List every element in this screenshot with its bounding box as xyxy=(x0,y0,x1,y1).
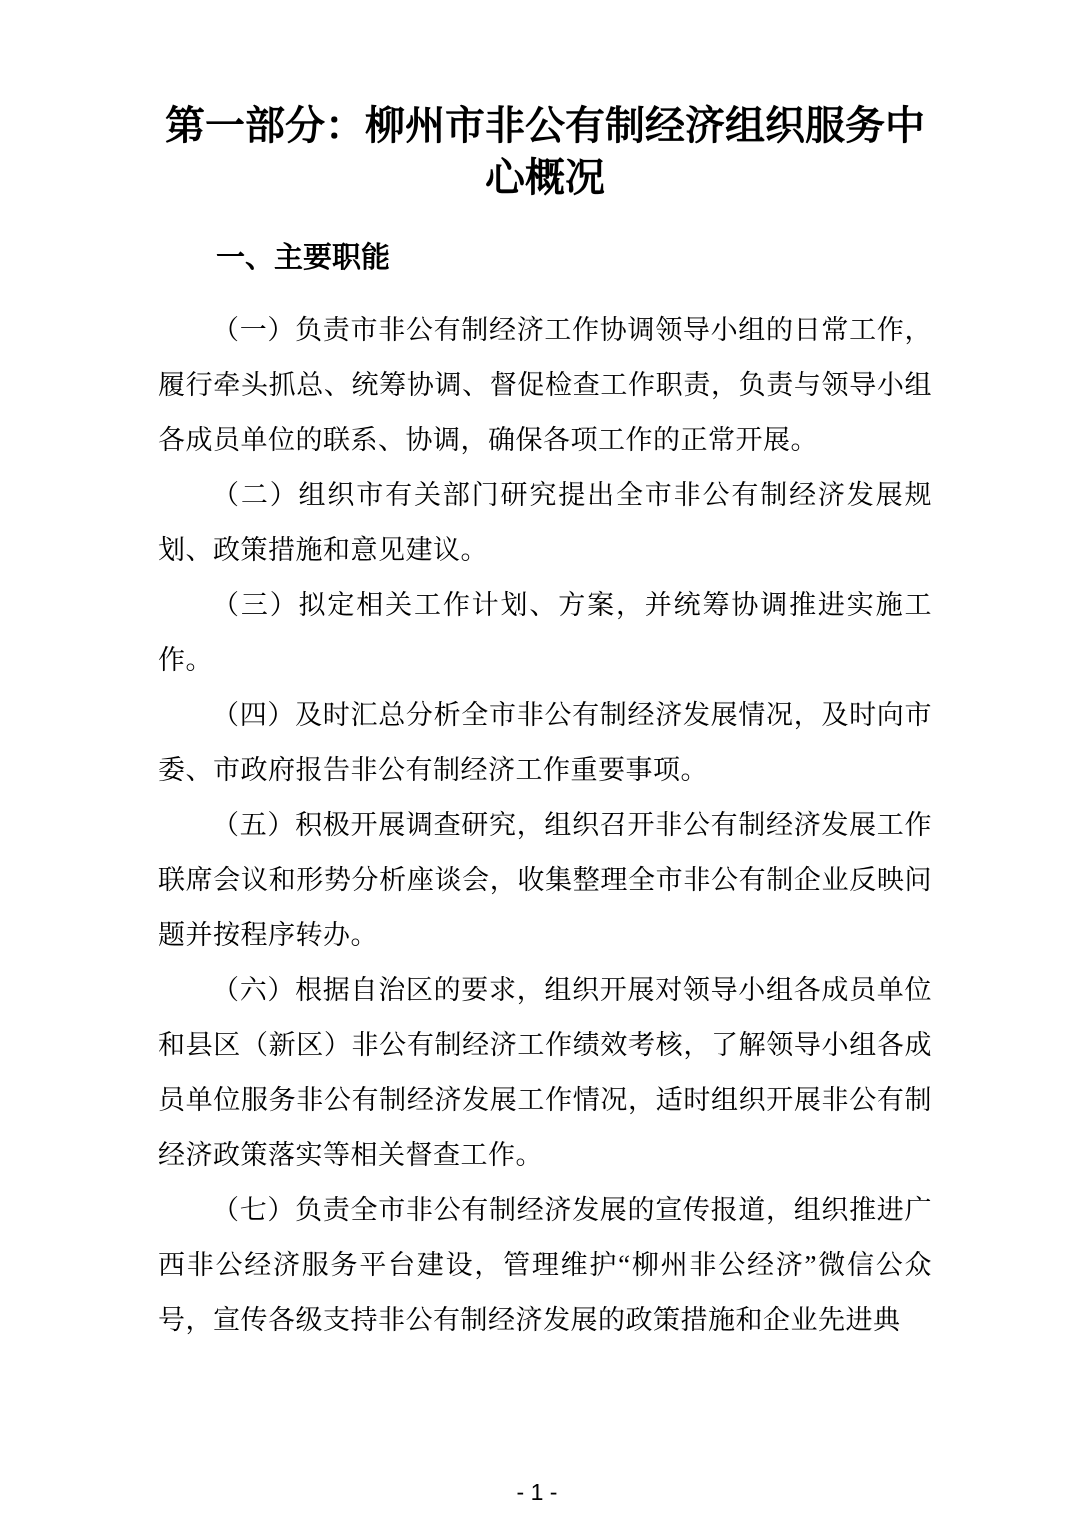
paragraph-7: （七）负责全市非公有制经济发展的宣传报道，组织推进广西非公经济服务平台建设，管理… xyxy=(158,1183,932,1348)
document-body: （一）负责市非公有制经济工作协调领导小组的日常工作，履行牵头抓总、统筹协调、督促… xyxy=(158,303,932,1348)
paragraph-6: （六）根据自治区的要求，组织开展对领导小组各成员单位和县区（新区）非公有制经济工… xyxy=(158,963,932,1183)
paragraph-1: （一）负责市非公有制经济工作协调领导小组的日常工作，履行牵头抓总、统筹协调、督促… xyxy=(158,303,932,468)
paragraph-5: （五）积极开展调查研究，组织召开非公有制经济发展工作联席会议和形势分析座谈会，收… xyxy=(158,798,932,963)
paragraph-3: （三）拟定相关工作计划、方案，并统筹协调推进实施工作。 xyxy=(158,578,932,688)
page-number: - 1 - xyxy=(0,1478,1074,1506)
paragraph-2: （二）组织市有关部门研究提出全市非公有制经济发展规划、政策措施和意见建议。 xyxy=(158,468,932,578)
document-title: 第一部分：柳州市非公有制经济组织服务中心概况 xyxy=(158,0,932,204)
document-content: 第一部分：柳州市非公有制经济组织服务中心概况 一、主要职能 （一）负责市非公有制… xyxy=(158,0,932,1348)
paragraph-4: （四）及时汇总分析全市非公有制经济发展情况，及时向市委、市政府报告非公有制经济工… xyxy=(158,688,932,798)
section-heading: 一、主要职能 xyxy=(158,240,932,276)
document-page: 第一部分：柳州市非公有制经济组织服务中心概况 一、主要职能 （一）负责市非公有制… xyxy=(0,0,1074,1520)
